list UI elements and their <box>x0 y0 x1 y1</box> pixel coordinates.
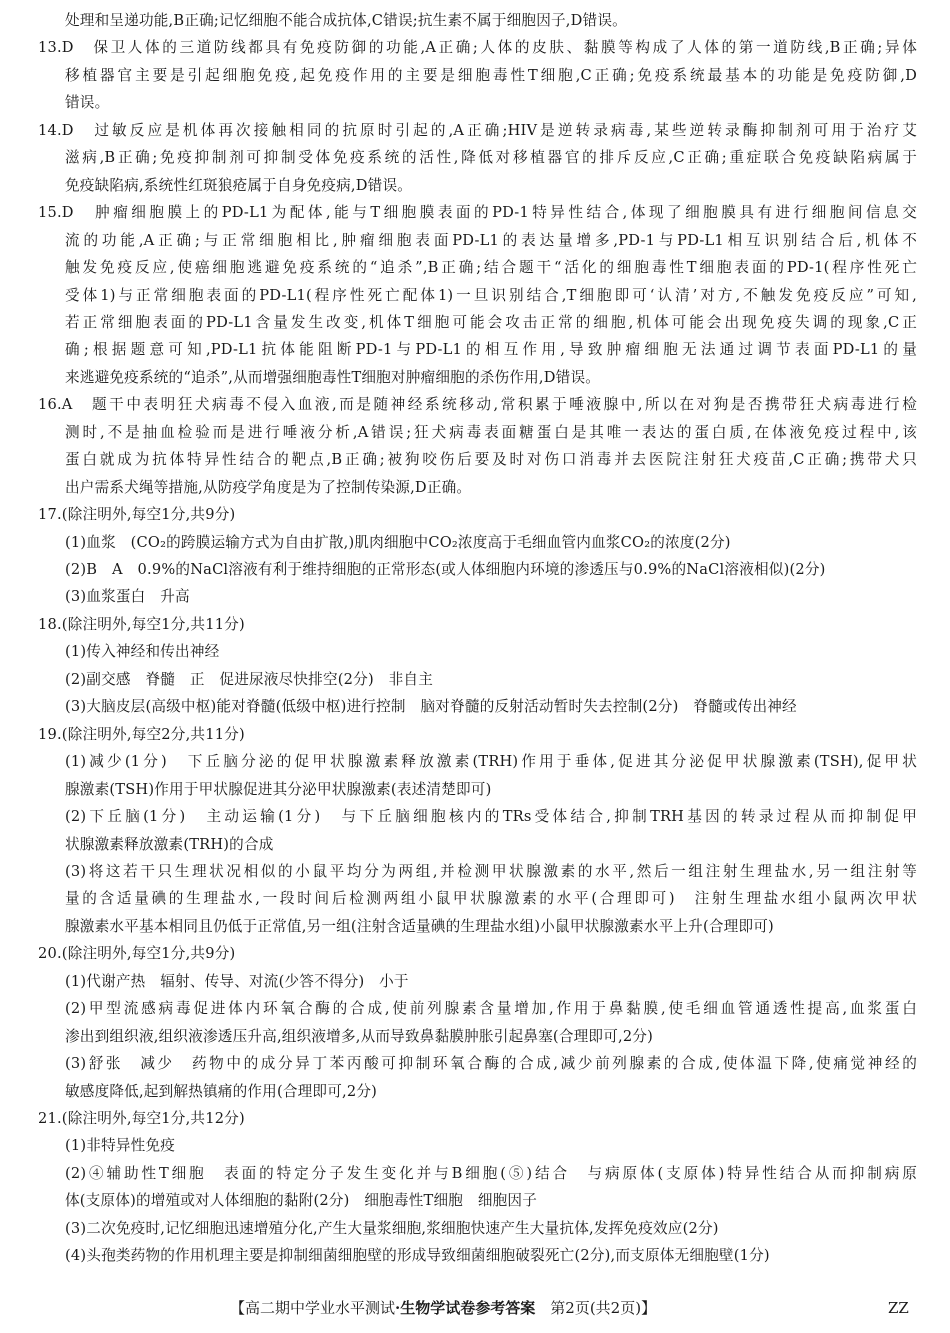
answer-text-line: 体(支原体)的增殖或对人体细胞的黏附(2分) 细胞毒性T细胞 细胞因子 <box>65 1191 537 1211</box>
answer-text-line: (2)副交感 脊髓 正 促进尿液尽快排空(2分) 非自主 <box>65 670 433 690</box>
answer-text-line: 移植器官主要是引起细胞免疫,起免疫作用的主要是细胞毒性T细胞,C正确;免疫系统最… <box>65 66 917 86</box>
answer-item-line: 20.(除注明外,每空1分,共9分) <box>38 944 235 964</box>
footer-bracket-close: 】 <box>641 1299 656 1317</box>
answer-text-line: (1)非特异性免疫 <box>65 1136 175 1156</box>
answer-text-line: 错误。 <box>65 93 109 113</box>
answer-text-line: (4)头孢类药物的作用机理主要是抑制细菌细胞壁的形成导致细菌细胞破裂死亡(2分)… <box>65 1246 770 1266</box>
answer-text-line: 若正常细胞表面的PD-L1含量发生改变,机体T细胞可能会攻击正常的细胞,机体可能… <box>65 313 917 333</box>
answer-text-line: 测时,不是抽血检验而是进行唾液分析,A错误;狂犬病毒表面糖蛋白是其唯一表达的蛋白… <box>65 423 917 443</box>
answer-text-line: 渗出到组织液,组织液渗透压升高,组织液增多,从而导致鼻黏膜肿胀引起鼻塞(合理即可… <box>65 1027 653 1047</box>
answer-text-line: (1)代谢产热 辐射、传导、对流(少答不得分) 小于 <box>65 972 409 992</box>
answer-text-line: (1)传入神经和传出神经 <box>65 642 219 662</box>
answer-text-line: 出户需系犬绳等措施,从防疫学角度是为了控制传染源,D正确。 <box>65 478 471 498</box>
answer-text-line: 腺激素(TSH)作用于甲状腺促进其分泌甲状腺激素(表述清楚即可) <box>65 780 491 800</box>
answer-text-line: 流的功能,A正确;与正常细胞相比,肿瘤细胞表面PD-L1的表达量增多,PD-1与… <box>65 231 917 251</box>
answer-text-line: 确;根据题意可知,PD-L1抗体能阻断PD-1与PD-L1的相互作用,导致肿瘤细… <box>65 340 917 360</box>
answer-text-line: 量的含适量碘的生理盐水,一段时间后检测两组小鼠甲状腺激素的水平(合理即可) 注射… <box>65 889 917 909</box>
answer-text-line: 触发免疫反应,使癌细胞逃避免疫系统的“追杀”,B正确;结合题干“活化的细胞毒性T… <box>65 258 917 278</box>
answer-item-line: 15.D 肿瘤细胞膜上的PD-L1为配体,能与T细胞膜表面的PD-1特异性结合,… <box>38 203 917 223</box>
answer-text-line: (1)血浆 (CO₂的跨膜运输方式为自由扩散,)肌肉细胞中CO₂浓度高于毛细血管… <box>65 533 731 553</box>
footer-exam-name: 高二期中学业水平测试 <box>245 1299 395 1317</box>
answer-text-line: 来逃避免疫系统的“追杀”,从而增强细胞毒性T细胞对肿瘤细胞的杀伤作用,D错误。 <box>65 368 600 388</box>
answer-text-line: (3)将这若干只生理状况相似的小鼠平均分为两组,并检测甲状腺激素的水平,然后一组… <box>65 862 917 882</box>
footer-code: ZZ <box>888 1298 909 1318</box>
answer-item-line: 13.D 保卫人体的三道防线都具有免疫防御的功能,A正确;人体的皮肤、黏膜等构成… <box>38 38 917 58</box>
answer-item-line: 14.D 过敏反应是机体再次接触相同的抗原时引起的,A正确;HIV是逆转录病毒,… <box>38 121 917 141</box>
answer-text-line: 敏感度降低,起到解热镇痛的作用(合理即可,2分) <box>65 1082 377 1102</box>
answer-text-line: 免疫缺陷病,系统性红斑狼疮属于自身免疫病,D错误。 <box>65 176 412 196</box>
answer-text-line: 受体1)与正常细胞表面的PD-L1(程序性死亡配体1)一旦识别结合,T细胞即可‘… <box>65 286 917 306</box>
answer-item-line: 16.A 题干中表明狂犬病毒不侵入血液,而是随神经系统移动,常积累于唾液腺中,所… <box>38 395 917 415</box>
answer-text-line: 滋病,B正确;免疫抑制剂可抑制受体免疫系统的活性,降低对移植器官的排斥反应,C正… <box>65 148 917 168</box>
answer-text-line: (3)大脑皮层(高级中枢)能对脊髓(低级中枢)进行控制 脑对脊髓的反射活动暂时失… <box>65 697 797 717</box>
footer-page-info: 第2页(共2页) <box>535 1299 641 1317</box>
answer-text-line: (3)舒张 减少 药物中的成分异丁苯丙酸可抑制环氧合酶的合成,减少前列腺素的合成… <box>65 1054 917 1074</box>
answer-item-line: 17.(除注明外,每空1分,共9分) <box>38 505 235 525</box>
answer-text-line: (3)血浆蛋白 升高 <box>65 587 190 607</box>
answer-text-line: 状腺激素释放激素(TRH)的合成 <box>65 835 274 855</box>
answer-key-page: 处理和呈递功能,B正确;记忆细胞不能合成抗体,C错误;抗生素不属于细胞因子,D错… <box>0 0 950 1333</box>
answer-item-line: 18.(除注明外,每空1分,共11分) <box>38 615 245 635</box>
answer-text-line: (2)下丘脑(1分) 主动运输(1分) 与下丘脑细胞核内的TRs受体结合,抑制T… <box>65 807 917 827</box>
footer-subject-title: 生物学试卷参考答案 <box>400 1299 535 1317</box>
answer-text-line: (3)二次免疫时,记忆细胞迅速增殖分化,产生大量浆细胞,浆细胞快速产生大量抗体,… <box>65 1219 719 1239</box>
footer-bracket-open: 【 <box>230 1299 245 1317</box>
answer-text-line: 蛋白就成为抗体特异性结合的靶点,B正确;被狗咬伤后要及时对伤口消毒并去医院注射狂… <box>65 450 917 470</box>
footer-title: 【高二期中学业水平测试·生物学试卷参考答案 第2页(共2页)】 <box>230 1298 656 1318</box>
answer-item-line: 19.(除注明外,每空2分,共11分) <box>38 725 245 745</box>
answer-text-line: (2)④辅助性T细胞 表面的特定分子发生变化并与B细胞(⑤)结合 与病原体(支原… <box>65 1164 917 1184</box>
answer-item-line: 21.(除注明外,每空1分,共12分) <box>38 1109 245 1129</box>
answer-text-line: 腺激素水平基本相同且仍低于正常值,另一组(注射含适量碘的生理盐水组)小鼠甲状腺激… <box>65 917 774 937</box>
answer-text-line: (2)甲型流感病毒促进体内环氧合酶的合成,使前列腺素含量增加,作用于鼻黏膜,使毛… <box>65 999 917 1019</box>
answer-text-line: 处理和呈递功能,B正确;记忆细胞不能合成抗体,C错误;抗生素不属于细胞因子,D错… <box>65 11 627 31</box>
answer-text-line: (1)减少(1分) 下丘脑分泌的促甲状腺激素释放激素(TRH)作用于垂体,促进其… <box>65 752 917 772</box>
answer-text-line: (2)B A 0.9%的NaCl溶液有利于维持细胞的正常形态(或人体细胞内环境的… <box>65 560 826 580</box>
